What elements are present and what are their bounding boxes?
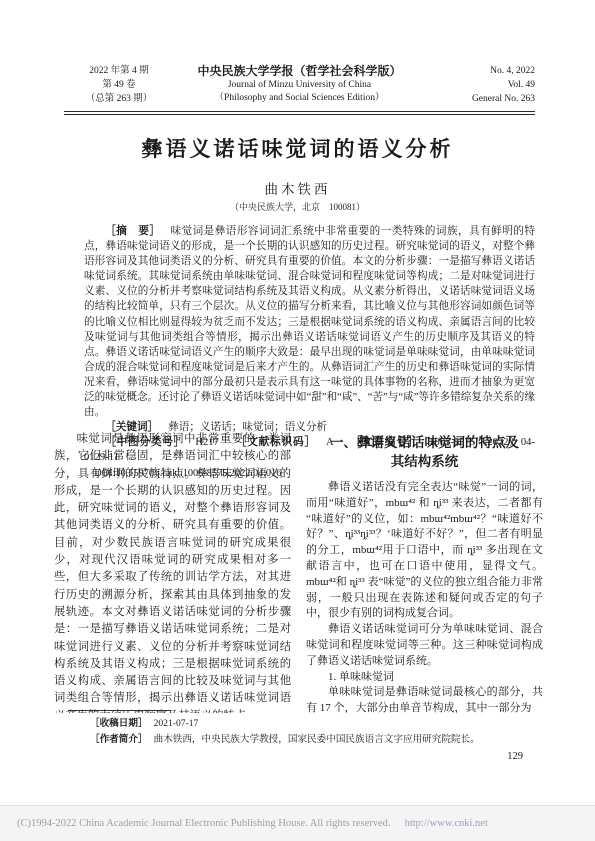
footer-copyright: (C)1994-2022 China Academic Journal Elec… — [17, 818, 391, 829]
paper-page: 2022 年第 4 期 第 49 卷 （总第 263 期） 中央民族大学学报（哲… — [0, 0, 595, 841]
issue-info-en: No. 4, 2022 Vol. 49 General No. 263 — [425, 64, 535, 106]
issue-info-cn: 2022 年第 4 期 第 49 卷 （总第 263 期） — [64, 64, 174, 106]
section-paragraph-1: 彝语义诺话没有完全表达“味觉”一词的词，而用“味道好”，mbɯ⁴² 和 ȵi³³… — [306, 480, 543, 622]
issue-line: 2022 年第 4 期 — [64, 64, 174, 78]
intro-paragraph: 味觉词是彝语形容词中非常重要的一类词族，它们非常稳固，是彝语词汇中较核心的部分，… — [54, 431, 291, 713]
right-column: 一、彝语义诺话味觉词的特点及其结构系统 彝语义诺话没有完全表达“味觉”一词的词，… — [306, 431, 543, 713]
author-bio-label: ［作者简介］ — [90, 734, 148, 745]
issue-line: Vol. 49 — [425, 78, 535, 92]
page-number: 129 — [507, 751, 523, 762]
issue-line: General No. 263 — [425, 92, 535, 106]
journal-title-cn: 中央民族大学学报（哲学社会科学版） — [174, 64, 425, 79]
author-name: 曲木铁西 — [0, 178, 595, 198]
footnote-rule — [68, 710, 171, 711]
footer-url-link[interactable]: http://www.cnki.net — [405, 818, 488, 829]
issue-line: No. 4, 2022 — [425, 64, 535, 78]
journal-title-block: 中央民族大学学报（哲学社会科学版） Journal of Minzu Unive… — [174, 64, 425, 105]
body-columns: 味觉词是彝语形容词中非常重要的一类词族，它们非常稳固，是彝语词汇中较核心的部分，… — [54, 431, 544, 713]
footnote-received: ［收稿日期］2021-07-17 — [90, 716, 545, 732]
header-double-rule — [64, 111, 535, 115]
abstract-paragraph: ［摘 要］味觉词是彝语形容词词汇系统中非常重要的一类特殊的词族，具有鲜明的特点，… — [84, 224, 535, 420]
author-affiliation: （中央民族大学，北京 100081） — [0, 200, 595, 213]
issue-line: 第 49 卷 — [64, 78, 174, 92]
subsection-heading: 1. 单味味觉词 — [306, 670, 543, 686]
received-date-value: 2021-07-17 — [154, 718, 199, 729]
author-bio-text: 曲木铁西，中央民族大学教授，国家民委中国民族语言文字应用研究院院长。 — [154, 734, 480, 745]
journal-title-en: Journal of Minzu University of China — [174, 79, 425, 92]
section-paragraph-2: 彝语义诺话味觉词可分为单味味觉词、混合味觉词和程度味觉词等三种。这三种味觉词构成… — [306, 622, 543, 669]
footnote-block: ［收稿日期］2021-07-17 ［作者简介］曲木铁西，中央民族大学教授，国家民… — [90, 716, 545, 748]
cnki-footer: (C)1994-2022 China Academic Journal Elec… — [0, 805, 595, 841]
abstract-text: 味觉词是彝语形容词词汇系统中非常重要的一类特殊的词族，具有鲜明的特点，彝语味觉词… — [84, 226, 535, 418]
left-column: 味觉词是彝语形容词中非常重要的一类词族，它们非常稳固，是彝语词汇中较核心的部分，… — [54, 431, 291, 713]
section-heading: 一、彝语义诺话味觉词的特点及其结构系统 — [327, 433, 523, 471]
issue-line: （总第 263 期） — [64, 92, 174, 106]
journal-edition-en: （Philosophy and Social Sciences Edition） — [174, 92, 425, 105]
section-paragraph-3: 单味味觉词是彝语味觉词最核心的部分，共有 17 个，大部分由单音节构成，其中一部… — [306, 685, 543, 713]
article-title: 彝语义诺话味觉词的语义分析 — [0, 133, 595, 163]
footnote-bio: ［作者简介］曲木铁西，中央民族大学教授，国家民委中国民族语言文字应用研究院院长。 — [90, 732, 545, 748]
journal-header: 2022 年第 4 期 第 49 卷 （总第 263 期） 中央民族大学学报（哲… — [64, 64, 535, 106]
abstract-label: ［摘 要］ — [105, 225, 160, 237]
received-date-label: ［收稿日期］ — [90, 718, 148, 729]
